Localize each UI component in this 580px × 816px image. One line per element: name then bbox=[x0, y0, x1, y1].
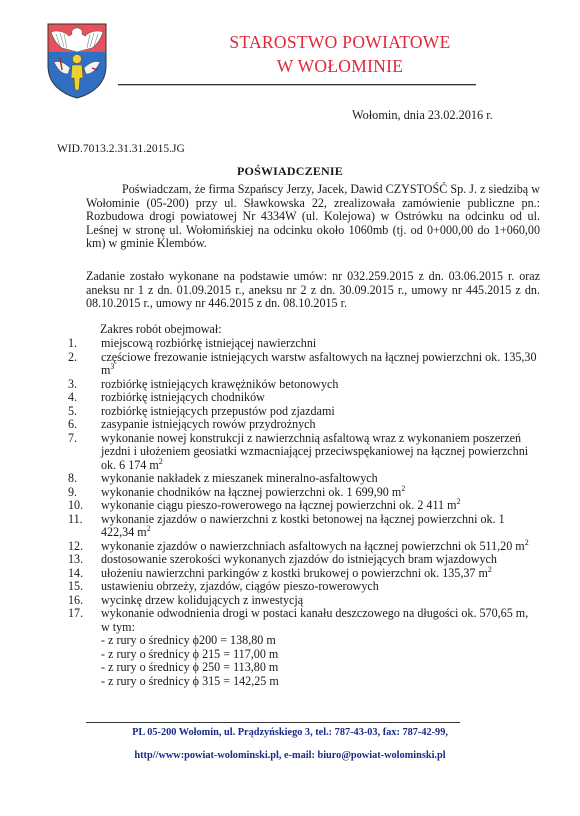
scope-item-number: 16. bbox=[68, 594, 98, 608]
scope-item-text: wykonanie zjazdów o nawierzchniach asfal… bbox=[101, 539, 525, 553]
scope-item-text: rozbiórkę istniejących przepustów pod zj… bbox=[101, 404, 335, 418]
scope-item-text: wykonanie zjazdów o nawierzchni z kostki… bbox=[101, 512, 505, 540]
unit-exponent: 3 bbox=[110, 362, 114, 371]
scope-item: 16.wycinkę drzew kolidujących z inwestyc… bbox=[68, 594, 538, 608]
scope-item: 13.dostosowanie szerokości wykonanych zj… bbox=[68, 553, 538, 567]
unit-exponent: 2 bbox=[457, 497, 461, 506]
pipe-subitem: - z rury o średnicy ϕ 315 = 142,25 m bbox=[101, 675, 538, 689]
scope-item-text: wykonanie odwodnienia drogi w postaci ka… bbox=[101, 606, 528, 634]
scope-item-number: 9. bbox=[68, 486, 98, 500]
unit-exponent: 2 bbox=[147, 524, 151, 533]
scope-item-number: 6. bbox=[68, 418, 98, 432]
certification-paragraph: Poświadczam, że firma Szpańscy Jerzy, Ja… bbox=[86, 183, 540, 251]
scope-item-text: wykonanie chodników na łącznej powierzch… bbox=[101, 485, 401, 499]
scope-item: 12.wykonanie zjazdów o nawierzchniach as… bbox=[68, 540, 538, 554]
pipe-subitem: - z rury o średnicy ϕ 215 = 117,00 m bbox=[101, 648, 538, 662]
document-title: POŚWIADCZENIE bbox=[0, 164, 580, 179]
scope-item-number: 17. bbox=[68, 607, 98, 621]
organization-location: W WOŁOMINIE bbox=[120, 56, 560, 77]
scope-item: 15.ustawieniu obrzeży, zjazdów, ciągów p… bbox=[68, 580, 538, 594]
scope-item-text: dostosowanie szerokości wykonanych zjazd… bbox=[101, 552, 497, 566]
scope-item: 4.rozbiórkę istniejących chodników bbox=[68, 391, 538, 405]
scope-item: 8.wykonanie nakładek z mieszanek mineral… bbox=[68, 472, 538, 486]
scope-item: 14.ułożeniu nawierzchni parkingów z kost… bbox=[68, 567, 538, 581]
scope-item: 11.wykonanie zjazdów o nawierzchni z kos… bbox=[68, 513, 538, 540]
scope-item-number: 3. bbox=[68, 378, 98, 392]
scope-item-number: 10. bbox=[68, 499, 98, 513]
scope-list: 1.miejscową rozbiórkę istniejącej nawier… bbox=[68, 337, 538, 688]
scope-item-text: ustawieniu obrzeży, zjazdów, ciągów pies… bbox=[101, 579, 379, 593]
scope-item: 5.rozbiórkę istniejących przepustów pod … bbox=[68, 405, 538, 419]
scope-item-number: 14. bbox=[68, 567, 98, 581]
pipe-subitem: - z rury o średnicy ϕ200 = 138,80 m bbox=[101, 634, 538, 648]
scope-item-text: ułożeniu nawierzchni parkingów z kostki … bbox=[101, 566, 488, 580]
unit-exponent: 2 bbox=[488, 565, 492, 574]
scope-item-text: wykonanie ciągu pieszo-rowerowego na łąc… bbox=[101, 498, 457, 512]
coat-of-arms-icon bbox=[46, 22, 108, 100]
scope-item-text: rozbiórkę istniejących krawężników beton… bbox=[101, 377, 338, 391]
scope-item-text: częściowe frezowanie istniejących warstw… bbox=[101, 350, 537, 378]
scope-item-number: 2. bbox=[68, 351, 98, 365]
scope-item-number: 15. bbox=[68, 580, 98, 594]
scope-item-number: 12. bbox=[68, 540, 98, 554]
footer-divider bbox=[86, 722, 460, 723]
scope-item: 10.wykonanie ciągu pieszo-rowerowego na … bbox=[68, 499, 538, 513]
place-and-date: Wołomin, dnia 23.02.2016 r. bbox=[352, 108, 493, 123]
scope-item-text: rozbiórkę istniejących chodników bbox=[101, 390, 265, 404]
unit-exponent: 2 bbox=[401, 484, 405, 493]
scope-item: 6.zasypanie istniejących rowów przydrożn… bbox=[68, 418, 538, 432]
scope-item-number: 1. bbox=[68, 337, 98, 351]
header-divider bbox=[118, 84, 476, 85]
footer-contact: http//www:powiat-wolominski.pl, e-mail: … bbox=[0, 750, 580, 761]
scope-item-text: miejscową rozbiórkę istniejącej nawierzc… bbox=[101, 336, 316, 350]
scope-item-text: wykonanie nowej konstrukcji z nawierzchn… bbox=[101, 431, 528, 472]
unit-exponent: 2 bbox=[159, 457, 163, 466]
scope-item-text: wycinkę drzew kolidujących z inwestycją bbox=[101, 593, 303, 607]
scope-item-number: 4. bbox=[68, 391, 98, 405]
scope-item-number: 13. bbox=[68, 553, 98, 567]
scope-item-number: 8. bbox=[68, 472, 98, 486]
scope-item-text: zasypanie istniejących rowów przydrożnyc… bbox=[101, 417, 316, 431]
scope-item-number: 11. bbox=[68, 513, 98, 527]
scope-item-number: 5. bbox=[68, 405, 98, 419]
footer-address: PL 05-200 Wołomin, ul. Prądzyńskiego 3, … bbox=[0, 727, 580, 738]
scope-item: 9.wykonanie chodników na łącznej powierz… bbox=[68, 486, 538, 500]
reference-number: WID.7013.2.31.31.2015.JG bbox=[57, 143, 185, 155]
scope-item: 7.wykonanie nowej konstrukcji z nawierzc… bbox=[68, 432, 538, 473]
contracts-paragraph: Zadanie zostało wykonane na podstawie um… bbox=[86, 270, 540, 311]
scope-item-number: 7. bbox=[68, 432, 98, 446]
scope-item: 3.rozbiórkę istniejących krawężników bet… bbox=[68, 378, 538, 392]
organization-name: STAROSTWO POWIATOWE bbox=[120, 32, 560, 53]
scope-item: 1.miejscową rozbiórkę istniejącej nawier… bbox=[68, 337, 538, 351]
scope-intro: Zakres robót obejmował: bbox=[100, 322, 222, 337]
scope-item: 17.wykonanie odwodnienia drogi w postaci… bbox=[68, 607, 538, 688]
pipe-subitem: - z rury o średnicy ϕ 250 = 113,80 m bbox=[101, 661, 538, 675]
unit-exponent: 2 bbox=[525, 538, 529, 547]
scope-item-text: wykonanie nakładek z mieszanek mineralno… bbox=[101, 471, 378, 485]
scope-item: 2.częściowe frezowanie istniejących wars… bbox=[68, 351, 538, 378]
